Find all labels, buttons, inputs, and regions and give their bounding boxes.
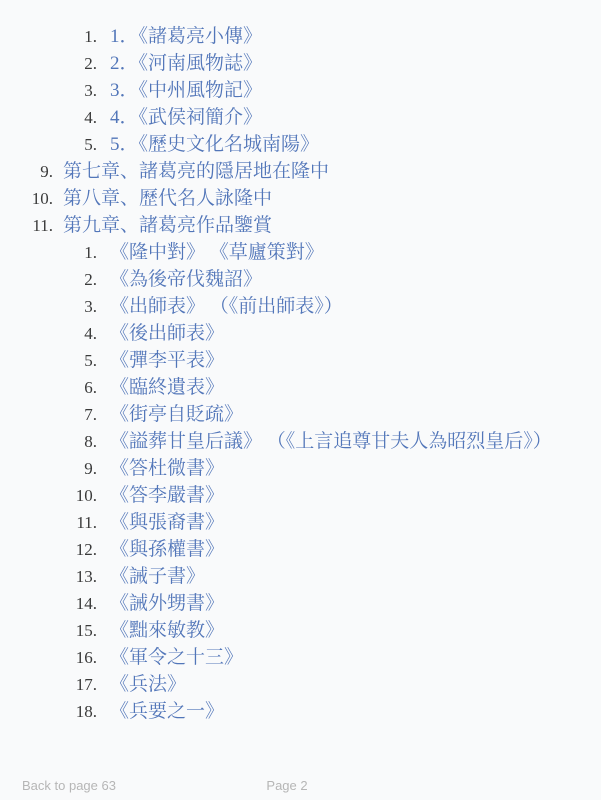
toc-item-number: 3. <box>0 293 97 320</box>
toc-link[interactable]: 《謚葬甘皇后議》 （《上言追尊甘夫人為昭烈皇后》） <box>110 428 552 455</box>
toc-link[interactable]: 《軍令之十三》 <box>110 644 243 671</box>
toc-item: 4. 4．《武侯祠簡介》 <box>0 104 601 131</box>
toc-link[interactable]: 《黜來敏教》 <box>110 617 224 644</box>
toc-item: 18. 《兵要之一》 <box>0 698 601 725</box>
toc-item-number: 13. <box>0 563 97 590</box>
toc-chapter-list: 9. 第七章、諸葛亮的隱居地在隆中 10. 第八章、歷代名人詠隆中 11. 第九… <box>0 158 601 239</box>
toc-link[interactable]: 第七章、諸葛亮的隱居地在隆中 <box>63 158 329 185</box>
toc-sublist-top: 1. 1．《諸葛亮小傳》 2. 2．《河南風物誌》 3. 3．《中州風物記》 4… <box>0 23 601 158</box>
toc-item: 12. 《與孫權書》 <box>0 536 601 563</box>
toc-item: 10. 《答李嚴書》 <box>0 482 601 509</box>
toc-link[interactable]: 第八章、歷代名人詠隆中 <box>63 185 272 212</box>
toc-link[interactable]: 《答杜微書》 <box>110 455 224 482</box>
toc-item-number: 4. <box>0 104 97 131</box>
toc-item-number: 12. <box>0 536 97 563</box>
toc-item: 2. 2．《河南風物誌》 <box>0 50 601 77</box>
back-to-page-link[interactable]: Back to page 63 <box>22 778 116 793</box>
toc-item: 16. 《軍令之十三》 <box>0 644 601 671</box>
toc-item: 15. 《黜來敏教》 <box>0 617 601 644</box>
toc-link[interactable]: 《隆中對》 《草廬策對》 <box>110 239 324 266</box>
toc-link[interactable]: 2．《河南風物誌》 <box>110 50 262 77</box>
toc-item: 3. 《出師表》 （《前出師表》） <box>0 293 601 320</box>
toc-item-number: 1. <box>0 23 97 50</box>
toc-link[interactable]: 《誡子書》 <box>110 563 205 590</box>
toc-link[interactable]: 第九章、諸葛亮作品鑒賞 <box>63 212 272 239</box>
toc-item: 2. 《為後帝伐魏詔》 <box>0 266 601 293</box>
page-indicator: Page 2 <box>266 778 307 793</box>
toc-item: 9. 第七章、諸葛亮的隱居地在隆中 <box>0 158 601 185</box>
toc-item-number: 16. <box>0 644 97 671</box>
toc-link[interactable]: 《為後帝伐魏詔》 <box>110 266 262 293</box>
toc-link[interactable]: 《出師表》 （《前出師表》） <box>110 293 343 320</box>
toc-item: 8. 《謚葬甘皇后議》 （《上言追尊甘夫人為昭烈皇后》） <box>0 428 601 455</box>
toc-item-number: 3. <box>0 77 97 104</box>
toc-link[interactable]: 1．《諸葛亮小傳》 <box>110 23 262 50</box>
toc-item-number: 5. <box>0 131 97 158</box>
toc-item: 11. 第九章、諸葛亮作品鑒賞 <box>0 212 601 239</box>
toc-item-number: 2. <box>0 266 97 293</box>
toc-item-number: 10. <box>0 482 97 509</box>
toc-item-number: 11. <box>0 509 97 536</box>
toc-item: 7. 《街亭自貶疏》 <box>0 401 601 428</box>
toc-item-number: 5. <box>0 347 97 374</box>
toc-item-number: 4. <box>0 320 97 347</box>
toc-item: 1. 1．《諸葛亮小傳》 <box>0 23 601 50</box>
toc-content: 1. 1．《諸葛亮小傳》 2. 2．《河南風物誌》 3. 3．《中州風物記》 4… <box>0 0 601 725</box>
toc-item: 13. 《誡子書》 <box>0 563 601 590</box>
toc-item: 1. 《隆中對》 《草廬策對》 <box>0 239 601 266</box>
toc-item: 3. 3．《中州風物記》 <box>0 77 601 104</box>
toc-item-number: 14. <box>0 590 97 617</box>
toc-item-number: 6. <box>0 374 97 401</box>
toc-item-number: 17. <box>0 671 97 698</box>
toc-item: 10. 第八章、歷代名人詠隆中 <box>0 185 601 212</box>
toc-item-number: 10. <box>0 185 53 212</box>
toc-item-number: 15. <box>0 617 97 644</box>
toc-link[interactable]: 《街亭自貶疏》 <box>110 401 243 428</box>
toc-link[interactable]: 3．《中州風物記》 <box>110 77 262 104</box>
toc-item: 17. 《兵法》 <box>0 671 601 698</box>
toc-link[interactable]: 4．《武侯祠簡介》 <box>110 104 262 131</box>
toc-item: 6. 《臨終遺表》 <box>0 374 601 401</box>
toc-link[interactable]: 《答李嚴書》 <box>110 482 224 509</box>
toc-link[interactable]: 《臨終遺表》 <box>110 374 224 401</box>
toc-link[interactable]: 《與張裔書》 <box>110 509 224 536</box>
toc-link[interactable]: 《彈李平表》 <box>110 347 224 374</box>
toc-link[interactable]: 《兵法》 <box>110 671 186 698</box>
toc-link[interactable]: 《誡外甥書》 <box>110 590 224 617</box>
toc-item-number: 2. <box>0 50 97 77</box>
toc-item-number: 8. <box>0 428 97 455</box>
toc-works-list: 1. 《隆中對》 《草廬策對》 2. 《為後帝伐魏詔》 3. 《出師表》 （《前… <box>0 239 601 725</box>
toc-item-number: 9. <box>0 158 53 185</box>
toc-item-number: 11. <box>0 212 53 239</box>
toc-link[interactable]: 《與孫權書》 <box>110 536 224 563</box>
toc-item: 14. 《誡外甥書》 <box>0 590 601 617</box>
toc-item: 5. 5．《歷史文化名城南陽》 <box>0 131 601 158</box>
ebook-reader-page: { "page": { "background_color": "#f9fafb… <box>0 0 601 800</box>
toc-item: 4. 《後出師表》 <box>0 320 601 347</box>
toc-link[interactable]: 5．《歷史文化名城南陽》 <box>110 131 319 158</box>
toc-link[interactable]: 《後出師表》 <box>110 320 224 347</box>
toc-item-number: 7. <box>0 401 97 428</box>
toc-item: 9. 《答杜微書》 <box>0 455 601 482</box>
toc-item: 11. 《與張裔書》 <box>0 509 601 536</box>
toc-item-number: 1. <box>0 239 97 266</box>
toc-item: 5. 《彈李平表》 <box>0 347 601 374</box>
toc-link[interactable]: 《兵要之一》 <box>110 698 224 725</box>
toc-item-number: 9. <box>0 455 97 482</box>
toc-item-number: 18. <box>0 698 97 725</box>
